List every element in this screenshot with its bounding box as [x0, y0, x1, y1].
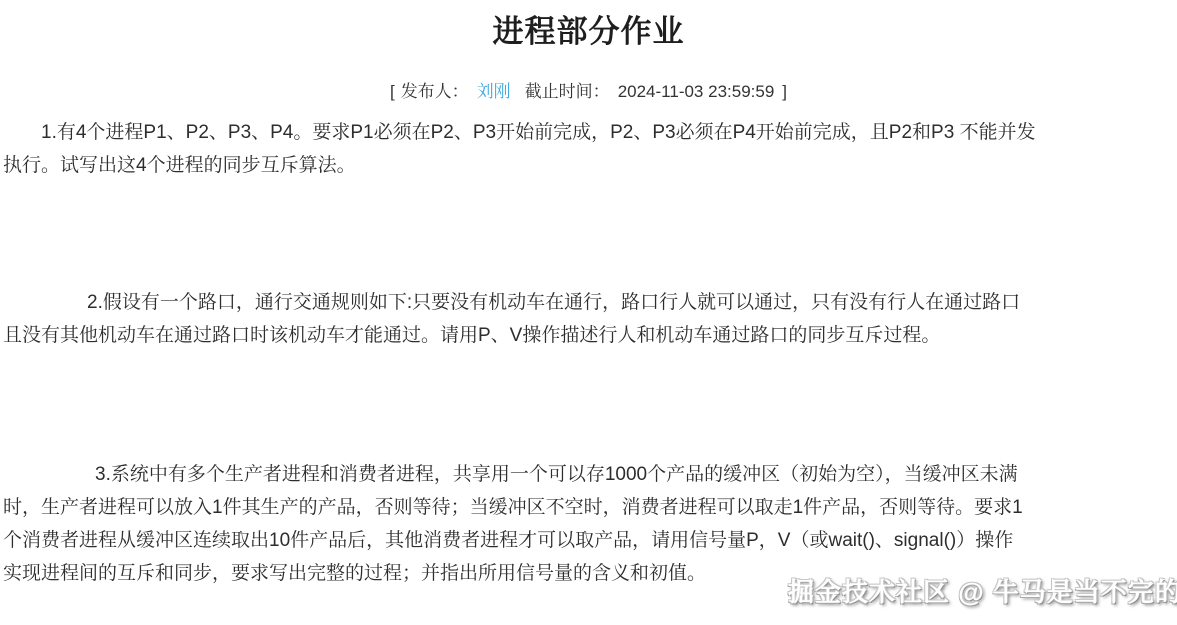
publisher-label: 发布人： — [401, 82, 469, 101]
question-2: 2.假设有一个路口，通行交通规则如下:只要没有机动车在通行，路口行人就可以通过，… — [3, 286, 1141, 352]
question-1: 1.有4个进程P1、P2、P3、P4。要求P1必须在P2、P3开始前完成，P2、… — [3, 116, 1141, 182]
page-title: 进程部分作业 — [0, 6, 1177, 51]
deadline-label: 截止时间： — [525, 82, 610, 101]
question-3: 3.系统中有多个生产者进程和消费者进程，共享用一个可以存1000个产品的缓冲区（… — [3, 458, 1141, 590]
homework-page: { "header": { "title": "进程部分作业", "meta":… — [0, 0, 1177, 625]
meta-bracket-open: [ — [390, 82, 395, 101]
meta-line: [发布人：刘刚截止时间：2024-11-03 23:59:59] — [0, 77, 1177, 102]
meta-bracket-close: ] — [782, 82, 787, 101]
publisher-link[interactable]: 刘刚 — [477, 82, 511, 101]
question-list: 1.有4个进程P1、P2、P3、P4。要求P1必须在P2、P3开始前完成，P2、… — [0, 116, 1177, 590]
deadline-value: 2024-11-03 23:59:59 — [618, 82, 775, 101]
